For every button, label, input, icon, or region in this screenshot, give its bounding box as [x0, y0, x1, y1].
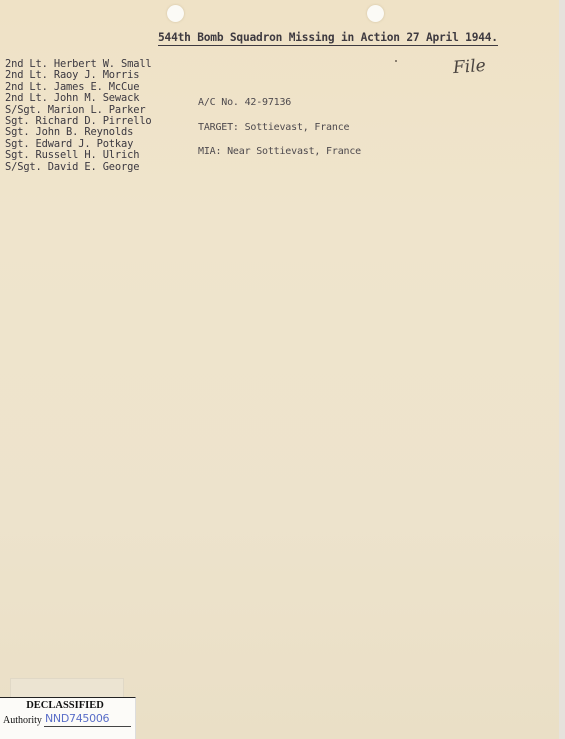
declassified-label: DECLASSIFIED: [0, 700, 130, 711]
mission-details: A/C No. 42-97136 TARGET: Sottievast, Fra…: [198, 97, 361, 171]
punch-hole-left: [167, 5, 184, 22]
page-edge: [559, 0, 565, 739]
crew-list: 2nd Lt. Herbert W. Small 2nd Lt. Raoy J.…: [5, 59, 152, 173]
mia-location: MIA: Near Sottievast, France: [198, 146, 361, 171]
ink-speck: [395, 60, 397, 62]
punch-hole-right: [367, 5, 384, 22]
document-page: 544th Bomb Squadron Missing in Action 27…: [0, 0, 559, 739]
crew-member: S/Sgt. David E. George: [5, 162, 152, 173]
authority-label: Authority: [3, 715, 42, 726]
crew-member: 2nd Lt. John M. Sewack: [5, 93, 152, 104]
document-title: 544th Bomb Squadron Missing in Action 27…: [158, 31, 498, 46]
mission-target: TARGET: Sottievast, France: [198, 122, 361, 147]
aircraft-number: A/C No. 42-97136: [198, 97, 361, 122]
declassification-stamp: DECLASSIFIED Authority NND745006: [0, 697, 136, 739]
handwritten-file-note: File: [452, 56, 486, 78]
authority-value: NND745006: [44, 712, 131, 727]
crew-member: Sgt. Russell H. Ulrich: [5, 150, 152, 161]
